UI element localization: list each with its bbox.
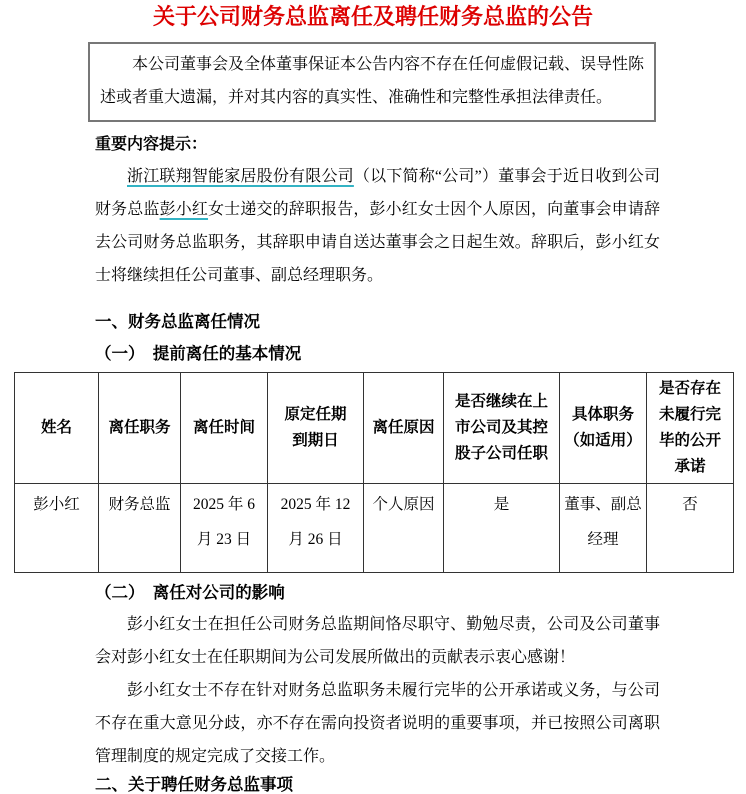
table-header-position: 离任职务 [99, 373, 181, 484]
intro-paragraph: 浙江联翔智能家居股份有限公司（以下简称“公司”）董事会于近日收到公司财务总监彭小… [95, 160, 660, 292]
cell-term-expiry: 2025 年 12 月 26 日 [268, 484, 364, 573]
table-header-term-expiry: 原定任期 到期日 [268, 373, 364, 484]
section1-sub2-heading: （二） 离任对公司的影响 [95, 581, 660, 605]
section2-heading: 二、关于聘任财务总监事项 [95, 773, 660, 794]
cell-position: 财务总监 [99, 484, 181, 573]
important-notice-heading: 重要内容提示： [95, 134, 660, 156]
disclaimer-box: 本公司董事会及全体董事保证本公告内容不存在任何虚假记载、误导性陈述或者重大遗漏，… [88, 42, 656, 122]
resignation-table-wrapper: 姓名 离任职务 离任时间 原定任期 到期日 离任原因 是否继续在上 市公司及其控… [14, 372, 733, 573]
section1-heading: 一、财务总监离任情况 [95, 310, 660, 334]
commitment-paragraph: 彭小红女士不存在针对财务总监职务未履行完毕的公开承诺或义务，与公司不存在重大意见… [95, 674, 660, 773]
table-header-reason: 离任原因 [364, 373, 444, 484]
table-header-departure-time: 离任时间 [181, 373, 268, 484]
page-title: 关于公司财务总监离任及聘任财务总监的公告 [10, 2, 736, 32]
underlined-name: 彭小红 [160, 201, 208, 218]
table-header-row: 姓名 离任职务 离任时间 原定任期 到期日 离任原因 是否继续在上 市公司及其控… [15, 373, 734, 484]
table-header-name: 姓名 [15, 373, 99, 484]
table-header-continue-serving: 是否继续在上 市公司及其控 股子公司任职 [444, 373, 560, 484]
cell-reason: 个人原因 [364, 484, 444, 573]
underlined-name: 浙江联翔智能家居股份有限公司 [127, 168, 354, 185]
cell-departure-time: 2025 年 6 月 23 日 [181, 484, 268, 573]
table-row: 彭小红 财务总监 2025 年 6 月 23 日 2025 年 12 月 26 … [15, 484, 734, 573]
section1-sub1-heading: （一） 提前离任的基本情况 [95, 342, 660, 366]
table-header-specific-position: 具体职务 （如适用） [560, 373, 647, 484]
cell-continue-serving: 是 [444, 484, 560, 573]
resignation-table: 姓名 离任职务 离任时间 原定任期 到期日 离任原因 是否继续在上 市公司及其控… [14, 372, 734, 573]
disclaimer-text: 本公司董事会及全体董事保证本公告内容不存在任何虚假记载、误导性陈述或者重大遗漏，… [100, 56, 644, 106]
impact-paragraph: 彭小红女士在担任公司财务总监期间恪尽职守、勤勉尽责，公司及公司董事会对彭小红女士… [95, 608, 660, 674]
table-header-open-commitments: 是否存在 未履行完 毕的公开 承诺 [647, 373, 734, 484]
cell-open-commitments: 否 [647, 484, 734, 573]
announcement-document: 关于公司财务总监离任及聘任财务总监的公告 本公司董事会及全体董事保证本公告内容不… [0, 0, 746, 794]
cell-specific-position: 董事、副总 经理 [560, 484, 647, 573]
cell-name: 彭小红 [15, 484, 99, 573]
